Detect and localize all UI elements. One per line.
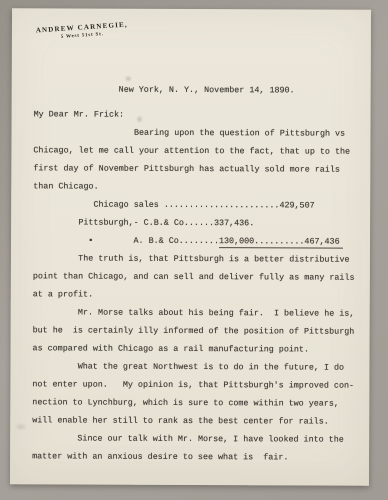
letter-line: but he is certainly illy informed of the… — [33, 321, 366, 340]
letter-line: nection to Lynchburg, which is sure to c… — [32, 393, 365, 412]
letter-line: as compared with Chicago as a rail manuf… — [33, 339, 366, 358]
letter-line: Mr. Morse talks about his being fair. I … — [33, 303, 366, 322]
letter-line: My Dear Mr. Frick: — [34, 105, 367, 124]
letter-line: What the great Northwest is to do in the… — [32, 357, 365, 376]
letter-line: first day of November Pittsburgh has act… — [33, 159, 366, 178]
letter-line: ▪ A. B.& Co........130,000..........467,… — [33, 231, 366, 250]
letter-line: Pittsburgh,- C.B.& Co......337,436. — [33, 213, 366, 232]
letterhead: ANDREW CARNEGIE, 5 West 51st St. — [36, 21, 129, 42]
letter-paper: ANDREW CARNEGIE, 5 West 51st St. New Yor… — [10, 8, 371, 486]
letter-line: will enable her still to rank as the bes… — [32, 411, 365, 430]
letter-line: Chicago, let me call your attention to t… — [33, 141, 366, 160]
letter-body: My Dear Mr. Frick: Bearing upon the ques… — [32, 105, 367, 466]
dateline: New York, N. Y., November 14, 1890. — [119, 81, 295, 100]
letter-line: Since our talk with Mr. Morse, I have lo… — [32, 429, 365, 448]
letter-line: at a profit. — [33, 285, 366, 304]
letter-line: than Chicago. — [33, 177, 366, 196]
letter-line: matter with an anxious desire to see wha… — [32, 447, 365, 466]
scanned-letter-photo: ANDREW CARNEGIE, 5 West 51st St. New Yor… — [0, 0, 388, 500]
letter-line: not enter upon. My opinion is, that Pitt… — [32, 375, 365, 394]
letter-line: The truth is, that Pittsburgh is a bette… — [33, 249, 366, 268]
paper-smudge — [16, 424, 25, 429]
letter-line: point than Chicago, and can sell and del… — [33, 267, 366, 286]
letter-line: Chicago sales .......................429… — [33, 195, 366, 214]
underlined-total: 130,000..........467,436 — [219, 236, 343, 249]
paper-speck — [126, 77, 131, 81]
letter-line: Bearing upon the question of Pittsburgh … — [33, 123, 366, 142]
